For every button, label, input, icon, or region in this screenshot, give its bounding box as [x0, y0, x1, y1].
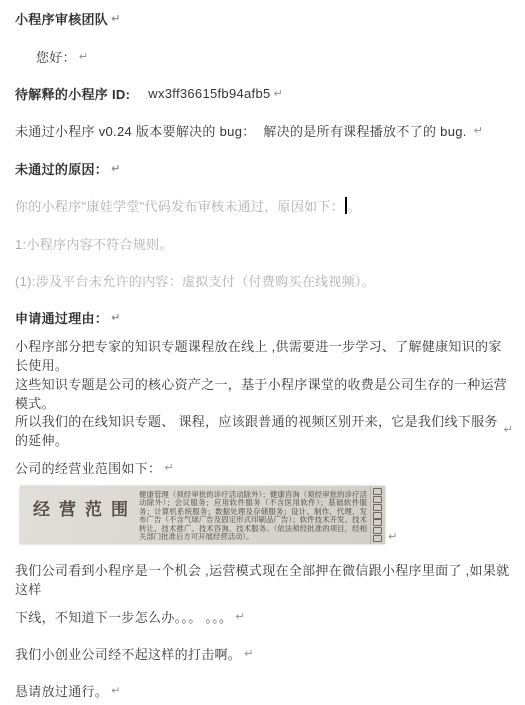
appeal-paragraph-line3: 所以我们的在线知识专题、 课程，应该跟普通的视频区别开来，它是我们线下服务的延伸… [15, 411, 513, 448]
business-scope-intro: 公司的经营业范围如下： [15, 458, 161, 477]
rejection-detail-line: (1):涉及平台未允许的内容：虚拟支付（付费购买在线视频）。 [15, 262, 513, 299]
greeting-text: 您好： [36, 47, 76, 66]
closing-paragraph-line2: 下线，不知道下一步怎么办。。。 。。。↵ [15, 597, 513, 634]
appeal-paragraph-line2: 这些知识专题是公司的核心资产之一，基于小程序课堂的收费是公司生存的一种运营模式。 [15, 374, 513, 411]
text-caret [345, 197, 347, 214]
rejection-notice-tail: 。 [348, 196, 361, 215]
paragraph-mark: ↵ [474, 124, 484, 137]
final-plea: 恳请放过通行。 [15, 681, 108, 700]
rejection-notice-line: 你的小程序"康娃学堂"代码发布审核未通过，原因如下：。 [15, 187, 513, 224]
scan-heading: 经营范围 [20, 486, 139, 544]
final-plea-line: 恳请放过通行。↵ [15, 672, 513, 705]
closing-text-2: 下线，不知道下一步怎么办。。。 。。。 [15, 607, 232, 626]
paragraph-mark: ↵ [111, 12, 121, 25]
appeal-paragraph-line1: 小程序部分把专家的知识专题课程放在线上 ,供需要进一步学习、了解健康知识的家长使… [15, 337, 513, 374]
paragraph-mark: ↵ [235, 610, 245, 623]
bug-summary-line: 未通过小程序 v0.24 版本要解决的 bug： 解决的是所有课程播放不了的 b… [15, 112, 513, 149]
appeal-text-1: 小程序部分把专家的知识专题课程放在线上 ,供需要进一步学习、了解健康知识的家长使… [15, 336, 513, 374]
appeal-header: 申请通过理由： [15, 308, 108, 327]
business-scope-scan-image[interactable]: 经营范围 健康管理（须经审批的诊疗活动除外）；健康咨询（须经审批的诊疗活动除外）… [20, 486, 385, 544]
scan-body-text: 健康管理（须经审批的诊疗活动除外）；健康咨询（须经审批的诊疗活动除外）；会议服务… [139, 486, 370, 544]
greeting-line: 您好：↵ [15, 37, 513, 74]
document-title-line: 小程序审核团队↵ [15, 0, 513, 37]
closing-remark-line: 我们小创业公司经不起这样的打击啊。↵ [15, 635, 513, 672]
paragraph-mark: ↵ [503, 423, 513, 436]
appeal-header-line: 申请通过理由：↵ [15, 299, 513, 336]
paragraph-mark: ↵ [111, 684, 121, 697]
closing-section: 我们公司看到小程序是一个机会 ,运营模式现在全部押在微信跟小程序里面了 ,如果就… [15, 560, 513, 705]
bug-summary-text: 未通过小程序 v0.24 版本要解决的 bug： 解决的是所有课程播放不了的 b… [15, 121, 471, 140]
closing-remark: 我们小创业公司经不起这样的打击啊。 [15, 644, 241, 663]
mini-program-id-value: wx3ff36615fb94afb5 [148, 86, 270, 101]
rejection-rule-text: 1:小程序内容不符合规则。 [15, 234, 173, 253]
license-border-pattern [370, 486, 385, 544]
rejection-reason-header: 未通过的原因： [15, 159, 108, 178]
paragraph-mark: ↵ [111, 162, 121, 175]
rejection-rule-line: 1:小程序内容不符合规则。 [15, 224, 513, 261]
appeal-text-2: 这些知识专题是公司的核心资产之一，基于小程序课堂的收费是公司生存的一种运营模式。 [15, 374, 513, 412]
paragraph-mark: ↵ [388, 530, 397, 543]
paragraph-mark: ↵ [111, 311, 121, 324]
business-scope-intro-line: 公司的经营业范围如下：↵ [15, 449, 513, 486]
business-scope-image-row: 经营范围 健康管理（须经审批的诊疗活动除外）；健康咨询（须经审批的诊疗活动除外）… [20, 486, 513, 544]
closing-paragraph-line1: 我们公司看到小程序是一个机会 ,运营模式现在全部押在微信跟小程序里面了 ,如果就… [15, 560, 513, 597]
closing-text-1: 我们公司看到小程序是一个机会 ,运营模式现在全部押在微信跟小程序里面了 ,如果就… [15, 560, 513, 598]
rejection-notice-text: 你的小程序"康娃学堂"代码发布审核未通过，原因如下： [15, 196, 344, 215]
appeal-text-3: 所以我们的在线知识专题、 课程，应该跟普通的视频区别开来，它是我们线下服务的延伸… [15, 411, 500, 449]
paragraph-mark: ↵ [244, 647, 254, 660]
document-title: 小程序审核团队 [15, 9, 108, 28]
paragraph-mark: ↵ [164, 461, 174, 474]
paragraph-mark: ↵ [274, 87, 284, 100]
document-body[interactable]: 小程序审核团队↵ 您好：↵ 待解释的小程序 ID:wx3ff36615fb94a… [0, 0, 525, 705]
mini-program-id-label: 待解释的小程序 ID: [15, 84, 130, 103]
rejection-detail-text: (1):涉及平台未允许的内容：虚拟支付（付费购买在线视频）。 [15, 271, 375, 290]
rejection-reason-header-line: 未通过的原因：↵ [15, 150, 513, 187]
mini-program-id-line: 待解释的小程序 ID:wx3ff36615fb94afb5↵ [15, 75, 513, 112]
paragraph-mark: ↵ [79, 50, 89, 63]
